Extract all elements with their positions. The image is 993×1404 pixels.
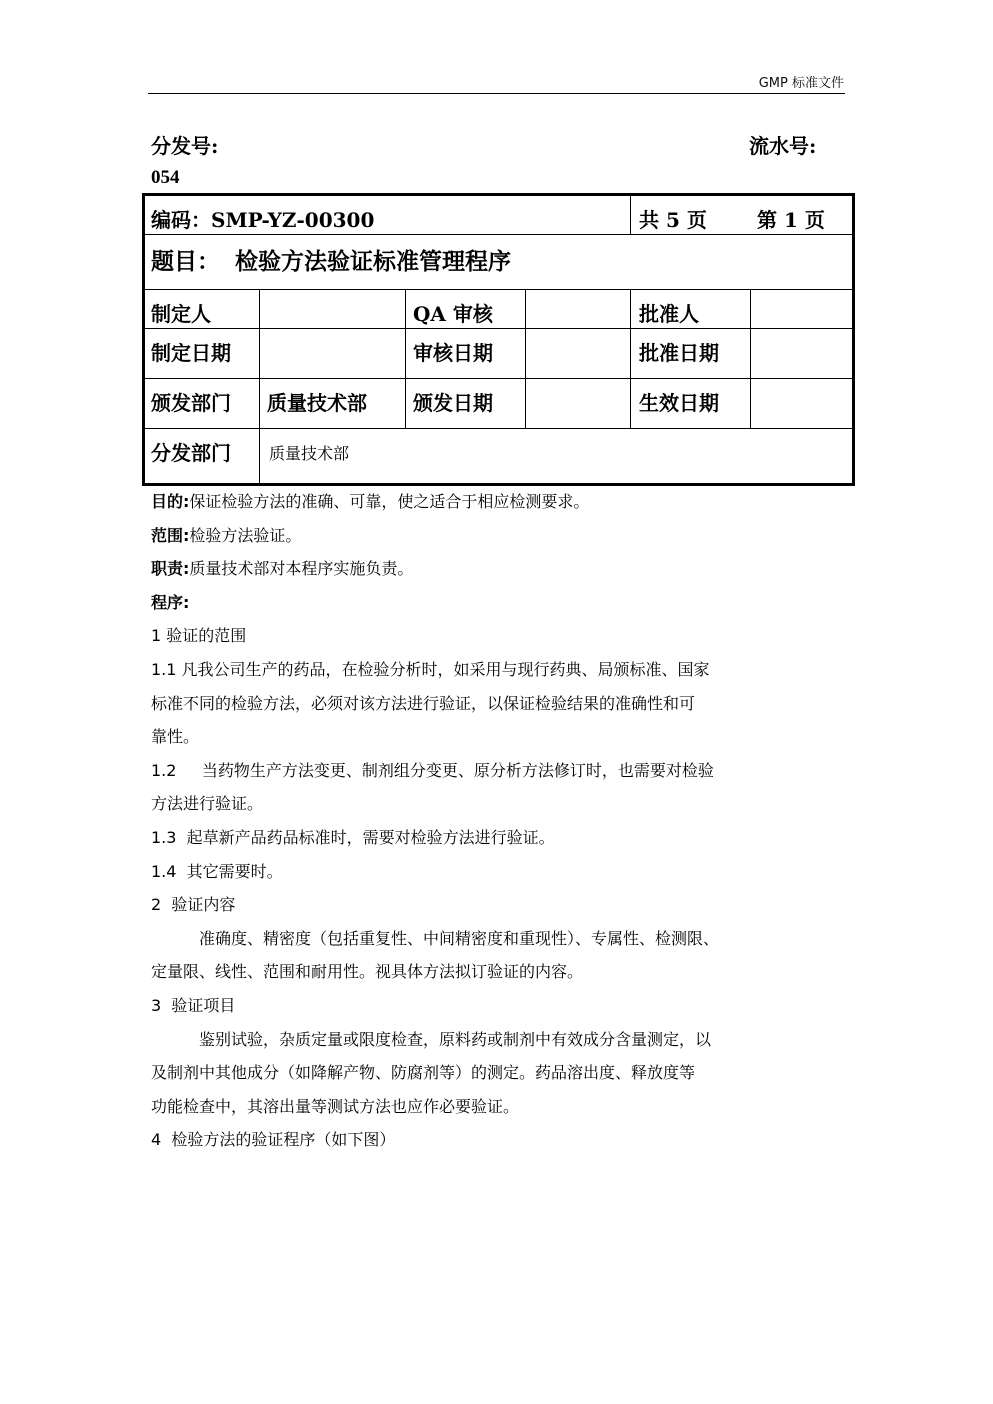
distribution-dept-label: 分发部门: [151, 437, 231, 466]
document-body: 目的:保证检验方法的准确、可靠，使之适合于相应检测要求。 范围:检验方法验证。 …: [151, 485, 719, 1157]
serial-number-label: 流水号:: [749, 130, 816, 159]
col-divider: [405, 289, 406, 428]
paragraph-line: 方法进行验证。: [151, 787, 719, 821]
distribution-dept-value: 质量技术部: [269, 441, 349, 464]
total-pages: 共 5 页: [639, 204, 707, 233]
scope-label: 范围:: [151, 526, 189, 545]
approver-label: 批准人: [639, 298, 699, 327]
paragraph-line: 1.2 当药物生产方法变更、制剂组分变更、原分析方法修订时，也需要对检验: [151, 754, 719, 788]
col-divider: [259, 289, 260, 483]
procedure-label: 程序:: [151, 586, 719, 620]
section-heading: 4 检验方法的验证程序（如下图）: [151, 1123, 719, 1157]
responsibility-text: 质量技术部对本程序实施负责。: [189, 559, 413, 578]
scope-line: 范围:检验方法验证。: [151, 519, 719, 553]
paragraph-line: 准确度、精密度（包括重复性、中间精密度和重现性）、专属性、检测限、: [151, 922, 719, 956]
drafter-label: 制定人: [151, 298, 211, 327]
col-divider: [630, 289, 631, 428]
paragraph-line: 标准不同的检验方法，必须对该方法进行验证，以保证检验结果的准确性和可: [151, 687, 719, 721]
section-heading: 1 验证的范围: [151, 619, 719, 653]
distribution-number-value: 054: [151, 167, 180, 189]
responsibility-line: 职责:质量技术部对本程序实施负责。: [151, 552, 719, 586]
document-code: 编码：SMP-YZ-00300: [151, 204, 374, 233]
section-heading: 3 验证项目: [151, 989, 719, 1023]
row-divider: [145, 328, 852, 329]
approval-date-label: 批准日期: [639, 337, 719, 366]
document-type-header: GMP 标准文件: [759, 72, 844, 91]
row-divider: [145, 289, 852, 290]
paragraph-line: 鉴别试验，杂质定量或限度检查，原料药或制剂中有效成分含量测定，以: [151, 1023, 719, 1057]
document-title: 检验方法验证标准管理程序: [235, 243, 511, 276]
paragraph-line: 功能检查中，其溶出量等测试方法也应作必要验证。: [151, 1090, 719, 1124]
row-divider: [145, 234, 852, 235]
row-divider: [145, 428, 852, 429]
section-heading: 2 验证内容: [151, 888, 719, 922]
paragraph-line: 1.1 凡我公司生产的药品，在检验分析时，如采用与现行药典、局颁标准、国家: [151, 653, 719, 687]
paragraph-line: 1.4 其它需要时。: [151, 855, 719, 889]
qa-review-label: QA 审核: [413, 298, 493, 327]
paragraph-line: 定量限、线性、范围和耐用性。视具体方法拟订验证的内容。: [151, 955, 719, 989]
draft-date-label: 制定日期: [151, 337, 231, 366]
responsibility-label: 职责:: [151, 559, 189, 578]
col-divider: [750, 289, 751, 428]
paragraph-line: 及制剂中其他成分（如降解产物、防腐剂等）的测定。药品溶出度、释放度等: [151, 1056, 719, 1090]
purpose-label: 目的:: [151, 492, 189, 511]
scope-text: 检验方法验证。: [189, 526, 301, 545]
issuing-dept-label: 颁发部门: [151, 387, 231, 416]
distribution-number-label: 分发号:: [151, 130, 218, 159]
purpose-text: 保证检验方法的准确、可靠，使之适合于相应检测要求。: [189, 492, 589, 511]
review-date-label: 审核日期: [413, 337, 493, 366]
document-info-table: 编码：SMP-YZ-00300 共 5 页 第 1 页 题目： 检验方法验证标准…: [142, 193, 855, 486]
col-divider: [525, 289, 526, 428]
paragraph-line: 1.3 起草新产品药品标准时，需要对检验方法进行验证。: [151, 821, 719, 855]
row-divider: [145, 378, 852, 379]
header-rule: [148, 93, 845, 94]
title-label: 题目：: [151, 243, 220, 276]
purpose-line: 目的:保证检验方法的准确、可靠，使之适合于相应检测要求。: [151, 485, 719, 519]
current-page: 第 1 页: [757, 204, 825, 233]
paragraph-line: 靠性。: [151, 720, 719, 754]
effective-date-label: 生效日期: [639, 387, 719, 416]
issuing-dept-value: 质量技术部: [267, 387, 367, 416]
issue-date-label: 颁发日期: [413, 387, 493, 416]
col-divider: [630, 196, 631, 234]
